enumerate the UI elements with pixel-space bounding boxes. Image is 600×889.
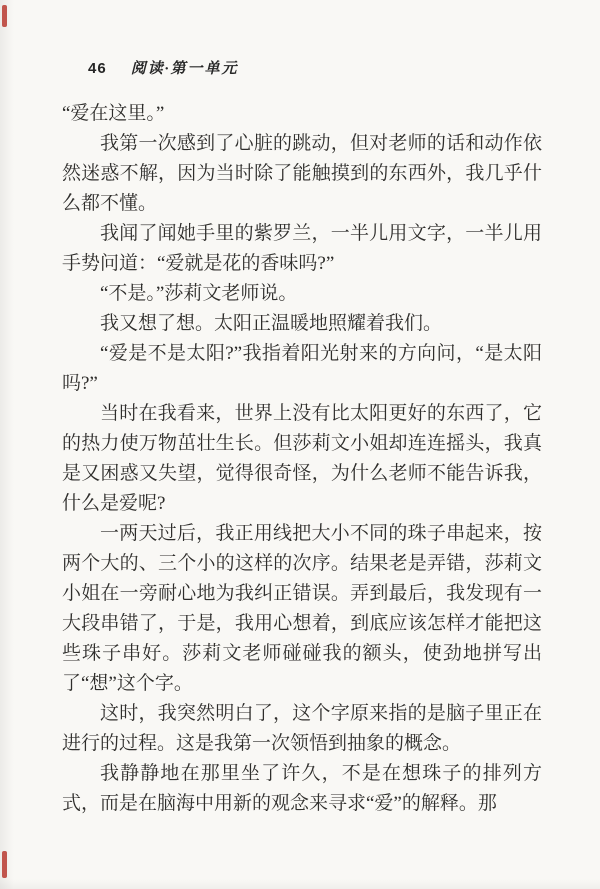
paragraph: 我第一次感到了心脏的跳动，但对老师的话和动作依然迷惑不解，因为当时除了能触摸到的… [62,129,542,219]
page-number: 46 [88,59,107,79]
paragraph: “爱是不是太阳?”我指着阳光射来的方向问，“是太阳吗?” [62,339,542,399]
book-page: 46 阅读·第一单元 “爱在这里。”我第一次感到了心脏的跳动，但对老师的话和动作… [0,0,600,889]
paragraph: 我闻了闻她手里的紫罗兰，一半儿用文字，一半儿用手势问道：“爱就是花的香味吗?” [62,219,542,279]
paragraph: “爱在这里。” [62,99,542,129]
red-edge-mark-bottom [2,851,7,878]
scan-edge-shadow-left [0,0,14,889]
red-edge-mark-top [2,5,7,27]
body-text: “爱在这里。”我第一次感到了心脏的跳动，但对老师的话和动作依然迷惑不解，因为当时… [62,99,542,819]
paragraph: 这时，我突然明白了，这个字原来指的是脑子里正在进行的过程。这是我第一次领悟到抽象… [62,699,542,759]
section-title: 阅读·第一单元 [131,59,239,79]
paragraph: “不是。”莎莉文老师说。 [62,279,542,309]
page-header: 46 阅读·第一单元 [88,59,238,79]
scan-edge-shadow-bottom [0,879,600,889]
paragraph: 一两天过后，我正用线把大小不同的珠子串起来，按两个大的、三个小的这样的次序。结果… [62,519,542,699]
paragraph: 当时在我看来，世界上没有比太阳更好的东西了，它的热力使万物茁壮生长。但莎莉文小姐… [62,399,542,519]
paragraph: 我静静地在那里坐了许久，不是在想珠子的排列方式，而是在脑海中用新的观念来寻求“爱… [62,759,542,819]
paragraph: 我又想了想。太阳正温暖地照耀着我们。 [62,309,542,339]
